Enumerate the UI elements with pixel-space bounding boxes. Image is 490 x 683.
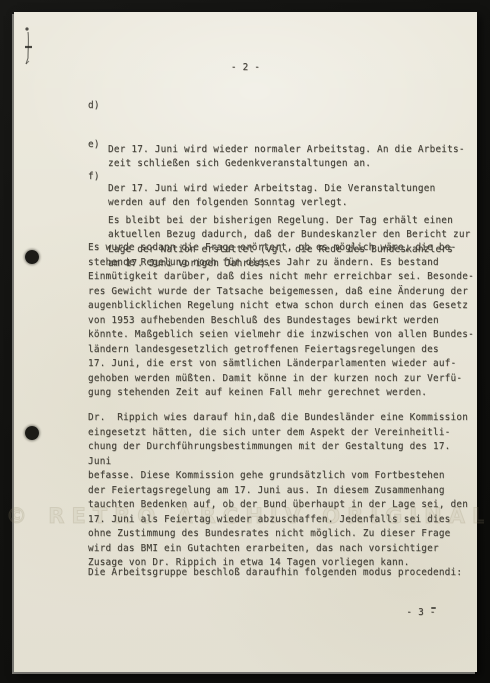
page-number-next: - 3 - bbox=[397, 606, 445, 621]
paper-speck bbox=[431, 607, 436, 609]
item-label: d) bbox=[88, 99, 100, 114]
item-label: e) bbox=[88, 138, 100, 153]
document-page: © RETRO ARCHIV ORIGINAL - 2 - d) Der 17.… bbox=[14, 12, 477, 672]
hole-punch-bottom bbox=[25, 426, 39, 440]
page-number-current: - 2 - bbox=[14, 61, 477, 76]
item-label: f) bbox=[88, 170, 100, 185]
paragraph-modus-procedendi: Die Arbeitsgruppe beschloß daraufhin fol… bbox=[88, 566, 476, 581]
paragraph-regulation-discussion: Es wurde sodann die Frage erörtert, ob e… bbox=[88, 241, 476, 401]
hole-punch-top bbox=[25, 250, 39, 264]
paragraph-dr-rippich: Dr. Rippich wies darauf hin,daß die Bund… bbox=[88, 411, 476, 571]
photo-background: © RETRO ARCHIV ORIGINAL - 2 - d) Der 17.… bbox=[0, 0, 490, 683]
